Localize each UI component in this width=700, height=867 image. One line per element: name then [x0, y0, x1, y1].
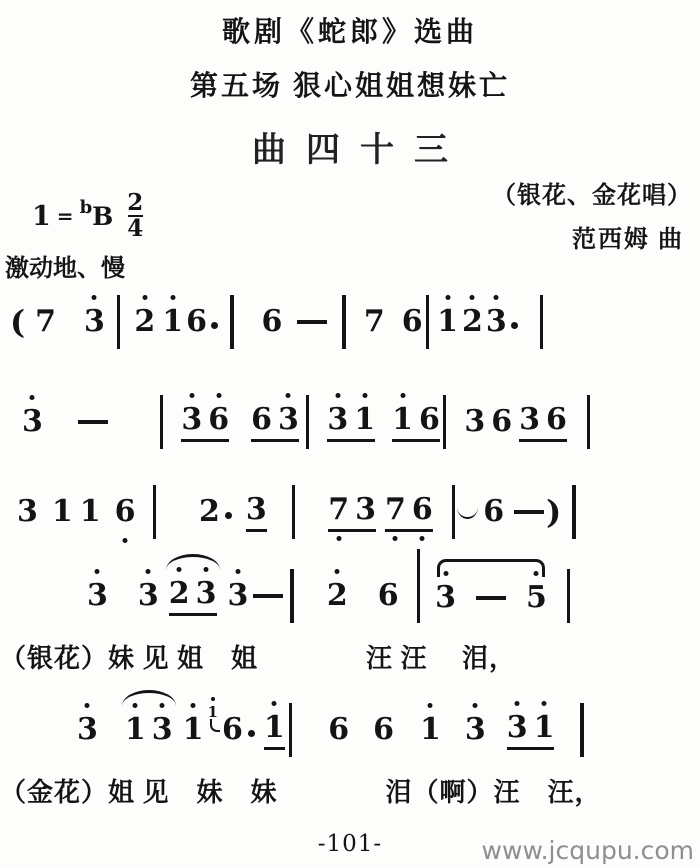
note: 2 — [134, 305, 155, 339]
augmentation-dot — [511, 322, 518, 329]
lyrics-line: （银花）妹 见 姐 姐 汪 汪 泪， — [0, 639, 700, 679]
note: 6 — [328, 713, 349, 747]
barline — [117, 295, 121, 349]
note-digit: 6 — [546, 403, 567, 437]
note: 31 — [327, 403, 375, 442]
note-digit: 1 — [354, 403, 375, 437]
barline — [452, 485, 456, 539]
music-line: 3366331163636 — [0, 381, 700, 463]
key-tonic: 1 — [32, 201, 51, 232]
key-equals: = — [57, 204, 74, 228]
note-digit: 1 — [392, 403, 413, 437]
note: 2 — [199, 495, 220, 529]
note: 1 — [183, 713, 204, 747]
note-digit: 3 — [84, 305, 105, 339]
meter-denominator: 4 — [127, 217, 143, 241]
note-digit: 6 — [412, 493, 433, 527]
note: 36 — [519, 403, 567, 442]
dash-note — [297, 320, 327, 324]
note-digit: 3 — [22, 405, 43, 439]
augmentation-dot — [225, 512, 232, 519]
note: 3 — [77, 713, 98, 747]
barline — [587, 395, 591, 449]
note-digit: 3 — [486, 305, 507, 339]
page-footer: -101- www.jcqupu.com — [0, 831, 700, 865]
barline — [160, 395, 164, 449]
note-digit: 1 — [420, 713, 441, 747]
tempo-marking: 激动地、慢 — [5, 255, 700, 283]
barline — [290, 569, 294, 623]
note: 3 — [246, 493, 267, 532]
note-digit: 3 — [327, 403, 348, 437]
music-line: 3131161661331 — [0, 689, 700, 771]
dash-note — [78, 420, 108, 424]
music-line: (73216676123 — [0, 281, 700, 363]
tie-group: 35 — [435, 577, 547, 615]
barline — [153, 485, 157, 539]
note-digit: 1 — [183, 713, 204, 747]
note-digit: 2 — [462, 305, 483, 339]
note-digit: 1 — [52, 495, 73, 529]
credits: （银花、金花唱） 范西姆 曲 — [492, 175, 692, 254]
barline — [426, 295, 430, 349]
note-digit: 6 — [186, 305, 207, 339]
note: 6 — [378, 579, 399, 613]
note-digit: 6 — [251, 403, 272, 437]
note: 7 — [364, 305, 385, 339]
note: 16 — [392, 403, 440, 442]
note: 6 — [373, 713, 394, 747]
note: 6 — [483, 495, 504, 529]
note-digit: 5 — [526, 581, 547, 615]
note: 7 — [35, 305, 56, 339]
note-digit: 3 — [278, 403, 299, 437]
note-digit: 3 — [152, 713, 173, 747]
grace-note: 1 — [208, 704, 218, 720]
note-digit: 2 — [199, 495, 220, 529]
note-digit: 1 — [125, 713, 146, 747]
augmentation-dot — [248, 730, 255, 737]
note-digit: 6 — [378, 579, 399, 613]
note-digit: 3 — [519, 403, 540, 437]
note: 3 — [486, 305, 507, 339]
note-digit: 6 — [222, 713, 243, 747]
note: 6 — [402, 305, 423, 339]
note-digit: 6 — [208, 403, 229, 437]
meter-numerator: 2 — [127, 191, 143, 215]
note: 1 — [437, 305, 458, 339]
note: 16 — [80, 495, 136, 529]
dash-note — [476, 596, 506, 600]
note-digit: 3 — [228, 579, 249, 613]
note-digit: 3 — [138, 579, 159, 613]
note: 31 — [507, 711, 555, 750]
barline — [540, 295, 544, 349]
note-digit: 3 — [507, 711, 528, 745]
key-note: B — [92, 202, 113, 231]
note-digit: 1 — [162, 305, 183, 339]
lyrics-line: （金花）姐 见 妹 妹 泪（啊）汪 汪， — [0, 773, 700, 813]
sheet-music-page: 歌剧《蛇郎》选曲 第五场 狠心姐姐想妹亡 曲四十三 1 = b B 2 4 （银… — [0, 0, 700, 867]
note: 36 — [181, 403, 229, 442]
note: 31 — [17, 495, 73, 529]
note-digit: 3 — [465, 713, 486, 747]
augmentation-dot — [211, 322, 218, 329]
note-digit: 3 — [435, 581, 456, 615]
note-digit: 7 — [35, 305, 56, 339]
note: 3 — [22, 405, 43, 439]
barline — [443, 395, 447, 449]
note-digit: 7 — [328, 493, 349, 527]
note: 3 — [228, 579, 249, 613]
note-digit: 1 — [80, 495, 101, 529]
meter-fraction: 2 4 — [127, 191, 143, 241]
note: 3 — [87, 579, 108, 613]
note-digit: 3 — [464, 405, 485, 439]
note: 1 — [162, 305, 183, 339]
music-line: 31162373766) — [0, 471, 700, 553]
note-digit: 7 — [364, 305, 385, 339]
note-digit: 6 — [402, 305, 423, 339]
note-digit: 3 — [17, 495, 38, 529]
key-and-credits-row: 1 = b B 2 4 （银花、金花唱） 范西姆 曲 — [0, 175, 700, 255]
note: 3 — [138, 579, 159, 613]
note: 1 — [420, 713, 441, 747]
dash-note — [253, 594, 283, 598]
singers-label: （银花、金花唱） — [492, 175, 692, 210]
note: 6 — [222, 713, 243, 747]
barline — [230, 295, 234, 349]
composer-label: 范西姆 曲 — [492, 219, 692, 254]
note: 1 — [264, 711, 285, 750]
note: 36 — [464, 405, 512, 439]
note-digit: 6 — [262, 305, 283, 339]
note: 3 — [465, 713, 486, 747]
watermark: www.jcqupu.com — [482, 836, 694, 865]
note: 3 — [84, 305, 105, 339]
page-title: 歌剧《蛇郎》选曲 — [0, 10, 700, 50]
note-digit: 6 — [419, 403, 440, 437]
note: 3 — [435, 581, 456, 615]
barline — [567, 569, 571, 623]
phrase-paren: ( — [10, 305, 25, 339]
note-digit: 7 — [385, 493, 406, 527]
note-digit: 6 — [483, 495, 504, 529]
dash-note — [514, 510, 544, 514]
page-subtitle: 第五场 狠心姐姐想妹亡 — [0, 64, 700, 104]
note-digit: 6 — [491, 405, 512, 439]
barline — [292, 485, 296, 539]
note-digit: 3 — [77, 713, 98, 747]
barline — [580, 703, 584, 757]
barline — [572, 485, 576, 539]
note: 2 — [327, 579, 348, 613]
note-digit: 3 — [355, 493, 376, 527]
phrase-paren: ) — [546, 495, 561, 529]
song-number: 曲四十三 — [0, 122, 700, 171]
music-line: 332332635 — [0, 555, 700, 637]
note: 63 — [251, 403, 299, 442]
barline — [289, 703, 293, 757]
note: 13 — [125, 713, 173, 747]
score: (73216676123336633116363631162373766)332… — [0, 281, 700, 813]
note: 5 — [526, 581, 547, 615]
note: 76 — [385, 493, 433, 532]
note-digit: 6 — [328, 713, 349, 747]
note: 23 — [169, 577, 217, 616]
note-digit: 1 — [437, 305, 458, 339]
note-digit: 6 — [373, 713, 394, 747]
note: 2 — [462, 305, 483, 339]
note-digit: 2 — [327, 579, 348, 613]
note-digit: 3 — [246, 493, 267, 527]
note-digit: 1 — [534, 711, 555, 745]
note: 73 — [328, 493, 376, 532]
barline — [342, 295, 346, 349]
note-digit: 3 — [196, 577, 217, 611]
note-digit: 3 — [181, 403, 202, 437]
barline — [306, 395, 310, 449]
note-digit: 2 — [169, 577, 190, 611]
note-digit: 6 — [115, 495, 136, 529]
note: 6 — [186, 305, 207, 339]
flat-sign: b — [80, 197, 93, 218]
barline — [417, 549, 421, 623]
note-digit: 3 — [87, 579, 108, 613]
note-digit: 1 — [208, 704, 218, 720]
note-digit: 2 — [134, 305, 155, 339]
key-signature: 1 = b B 2 4 — [32, 191, 143, 241]
note: 6 — [262, 305, 283, 339]
note-digit: 1 — [264, 711, 285, 745]
